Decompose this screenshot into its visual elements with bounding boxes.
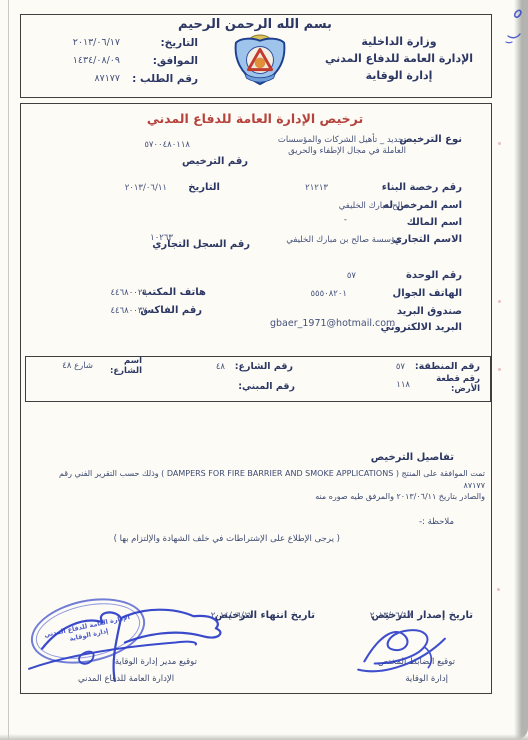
trade-name-value: مؤسسة صالح بن مبارك الخليفي — [286, 235, 400, 245]
details-line1: تمت الموافقة على المنتج ( DAMPERS FOR FI… — [43, 468, 485, 491]
unit-no-value: ٥٧ — [347, 271, 356, 281]
plot-label: رقم قطعة الأرض: — [436, 375, 480, 394]
license-type-label: نوع الترخيص — [399, 134, 462, 145]
header-field-row: الموافق: ١٤٣٤/٠٨/٠٩ — [28, 55, 198, 73]
building-permit-value: ٢١٢١٣ — [305, 183, 328, 193]
trade-name-label: الاسم التجاري — [393, 234, 462, 245]
agency-line-ministry: وزارة الداخلية — [314, 33, 484, 50]
note-text: ( يرجى الإطلاع على الإشتراطات في خلف الش… — [114, 534, 340, 544]
permit-date-value: ٢٠١٣/٠٦/١١ — [125, 183, 167, 193]
mobile-value: ٥٥٥٠٨٢٠١ — [310, 289, 347, 299]
header-fields: التاريخ: ٢٠١٣/٠٦/١٧ الموافق: ١٤٣٤/٠٨/٠٩ … — [28, 37, 198, 91]
header-field-row: التاريخ: ٢٠١٣/٠٦/١٧ — [28, 37, 198, 55]
details-paragraph: تمت الموافقة على المنتج ( DAMPERS FOR FI… — [43, 468, 485, 503]
agency-line-directorate: الإدارة العامة للدفاع المدني — [314, 50, 484, 67]
date-label: التاريخ: — [160, 37, 198, 49]
pen-mark-top-right — [502, 6, 526, 46]
manager-signature-label: توقيع مدير إدارة الوقاية: — [112, 657, 197, 667]
building-permit-label: رقم رخصة البناء — [382, 182, 462, 193]
civil-defense-emblem — [228, 34, 292, 86]
office-phone-label: هاتف المكتب — [142, 287, 206, 298]
manager-signature — [24, 598, 226, 684]
unit-no-label: رقم الوحدة — [406, 270, 462, 281]
cr-value: ١٠٢٦٣ — [150, 233, 173, 243]
plot-label-line2: الأرض: — [436, 385, 480, 395]
request-no-label: رقم الطلب : — [132, 73, 198, 85]
agency-block: وزارة الداخلية الإدارة العامة للدفاع الم… — [314, 33, 484, 84]
date-value: ٢٠١٣/٠٦/١٧ — [73, 37, 120, 48]
header-field-row: رقم الطلب : ٨٧١٧٧ — [28, 73, 198, 91]
scan-speck — [497, 588, 500, 591]
district-value: ٥٧ — [396, 362, 405, 372]
district-label: رقم المنطقة: — [415, 361, 480, 372]
street-no-label: رقم الشارع: — [235, 361, 293, 372]
street-name-value: شارع ٤٨ — [62, 361, 93, 371]
street-name-label: اسم الشارع: — [110, 357, 142, 376]
agency-line-department: إدارة الوقاية — [314, 67, 484, 84]
document-title: ترخيص الإدارة العامة للدفاع المدني — [20, 111, 490, 126]
scan-speck — [498, 368, 501, 371]
license-no-label: رقم الترخيص — [182, 156, 248, 167]
licensee-value: صالح مبارك الخليفي — [339, 201, 410, 211]
plot-value: ١١٨ — [396, 380, 410, 390]
street-no-value: ٤٨ — [216, 362, 225, 372]
license-no-value: ٥٧٠٠٤٨٠١١٨ — [144, 140, 190, 150]
email-value: gbaer_1971@hotmail.com — [270, 318, 395, 329]
license-type-value: تجديد _ تأهيل الشركات والمؤسسات العاملة … — [256, 135, 406, 157]
hijri-date-value: ١٤٣٤/٠٨/٠٩ — [73, 55, 120, 66]
scan-speck — [498, 300, 501, 303]
hijri-date-label: الموافق: — [153, 55, 198, 67]
officer-signature — [352, 616, 450, 680]
scanned-license-document: بسم الله الرحمن الرحيم وزارة الداخلية ال… — [0, 0, 528, 740]
fax-value: ٤٤٦٨٠٠٣٧ — [110, 306, 147, 316]
manager-department: الإدارة العامة للدفاع المدني — [78, 674, 174, 684]
details-line2: والصادر بتاريخ ٢٠١٣/٠٦/١١ والمرفق طيه صو… — [43, 491, 485, 503]
details-heading: تفاصيل الترخيص — [371, 452, 454, 463]
scan-left-edge — [8, 0, 9, 740]
mobile-label: الهاتف الجوال — [393, 288, 462, 299]
permit-date-label: التاريخ — [188, 182, 220, 193]
owner-value: - — [344, 215, 347, 225]
fax-label: رقم الفاكس — [140, 305, 202, 316]
pobox-label: صندوق البريد — [397, 306, 462, 317]
bismillah: بسم الله الرحمن الرحيم — [20, 17, 490, 32]
scan-bottom-shadow — [0, 734, 528, 740]
note-heading: ملاحظة :- — [419, 517, 454, 527]
scan-right-shadow — [514, 0, 528, 740]
scan-speck — [498, 142, 501, 145]
request-no-value: ٨٧١٧٧ — [94, 73, 120, 84]
office-phone-value: ٤٤٦٨٠٠٢٩ — [110, 288, 147, 298]
owner-label: اسم المالك — [407, 217, 462, 228]
building-no-label: رقم المبني: — [238, 381, 295, 392]
street-name-label-line2: الشارع: — [110, 367, 142, 377]
